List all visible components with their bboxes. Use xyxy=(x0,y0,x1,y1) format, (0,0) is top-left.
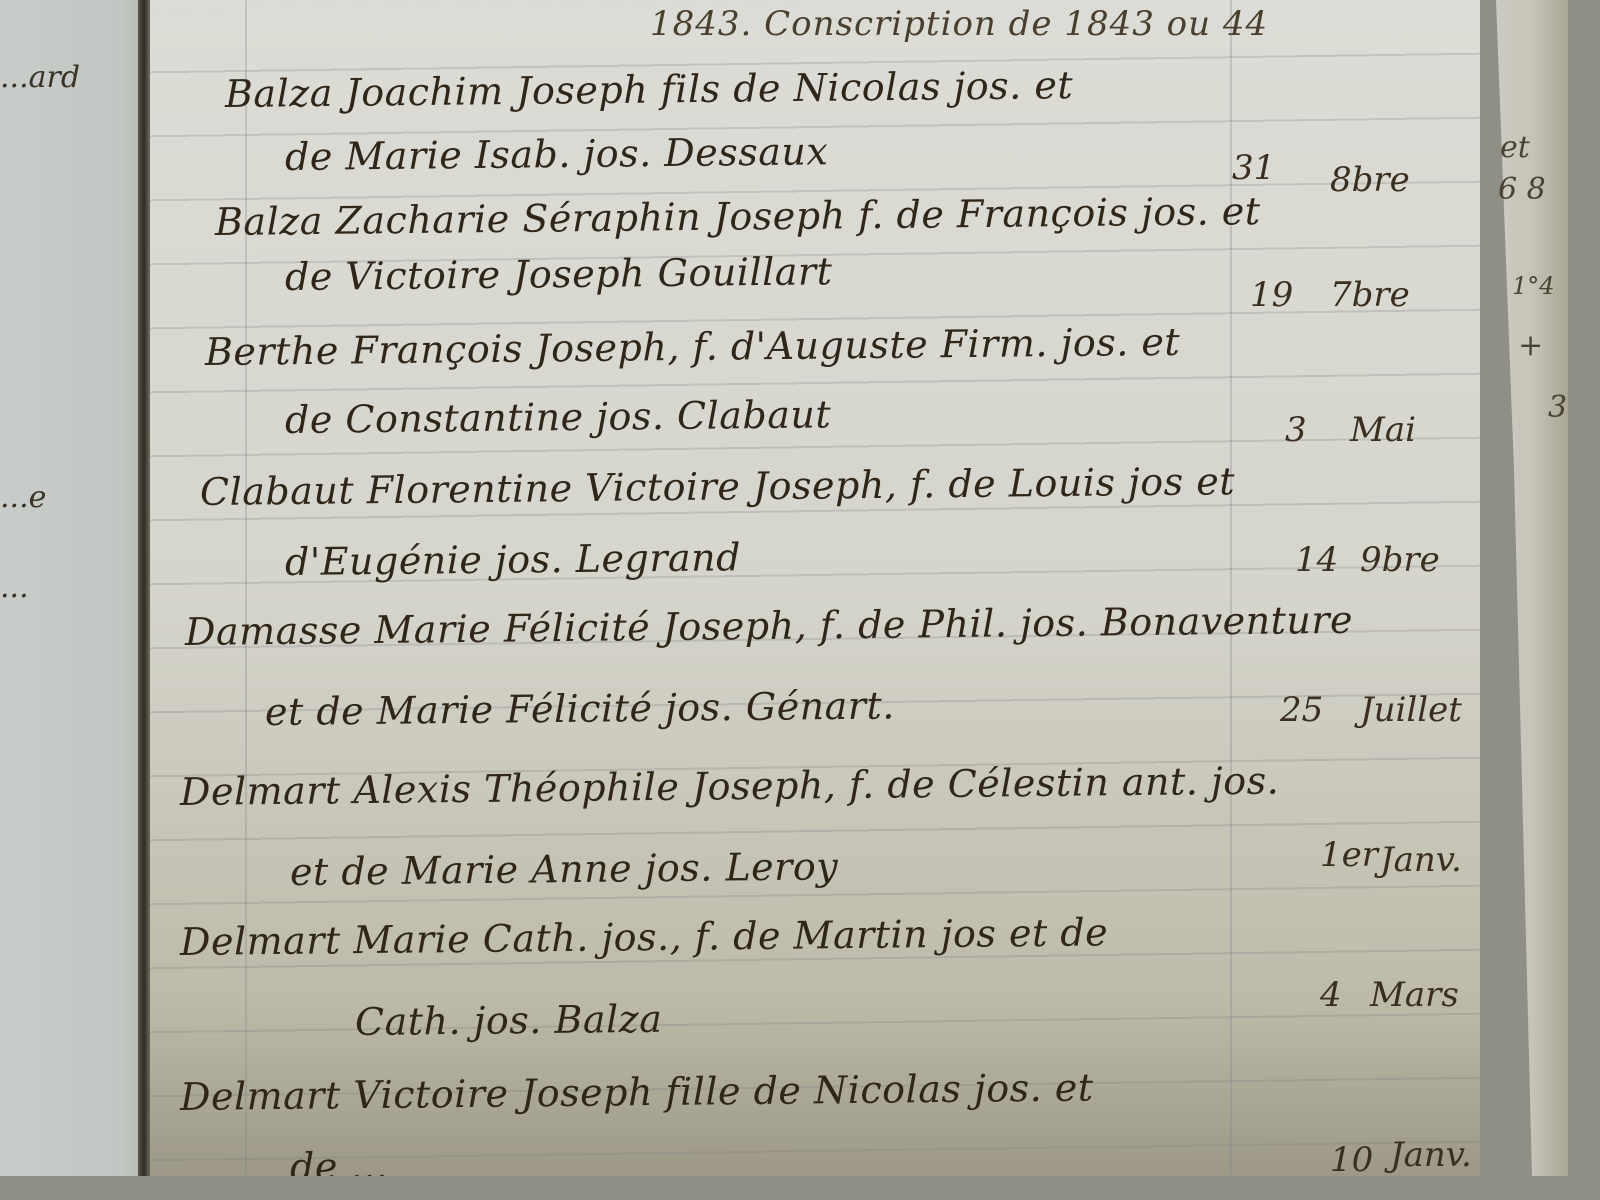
entry-date-day: 25 xyxy=(1280,690,1323,730)
margin-rule xyxy=(245,0,247,1176)
entry-date-month: Janv. xyxy=(1380,840,1462,880)
entry-line-2: et de Marie Félicité jos. Génart. xyxy=(265,683,895,734)
entry-date-month: Janv. xyxy=(1390,1135,1472,1175)
left-page: ...ard ...e ... xyxy=(0,0,150,1176)
entry-date-day: 3 xyxy=(1285,410,1307,450)
right-page-fragment: 6 8 xyxy=(1498,172,1546,207)
entry-date-day: 19 xyxy=(1250,275,1293,315)
entry-line-2: d'Eugénie jos. Legrand xyxy=(285,535,741,584)
left-page-fragment: ...e xyxy=(0,480,46,515)
entry-line-2: de Constantine jos. Clabaut xyxy=(285,392,832,442)
entry-date-day: 1er xyxy=(1320,835,1378,875)
entry-line-2: de Marie Isab. jos. Dessaux xyxy=(285,129,829,179)
entry-date-day: 31 xyxy=(1232,148,1275,188)
right-page-fragment: et xyxy=(1500,130,1530,165)
entry-line-2: de ... xyxy=(290,1144,389,1176)
right-page-fragment: 3 xyxy=(1548,390,1567,425)
right-page-fragment: + xyxy=(1518,328,1543,363)
entry-date-day: 10 xyxy=(1330,1140,1373,1176)
left-page-fragment: ... xyxy=(0,570,29,605)
entry-date-day: 14 xyxy=(1295,540,1338,580)
left-page-fragment: ...ard xyxy=(0,60,80,95)
entry-date-month: 8bre xyxy=(1330,160,1410,200)
entry-line-2: Cath. jos. Balza xyxy=(355,997,663,1044)
entry-date-month: 7bre xyxy=(1330,275,1410,315)
entry-date-month: Juillet xyxy=(1360,690,1462,730)
entry-date-day: 4 xyxy=(1320,975,1342,1015)
right-page-fragment: 1°4 xyxy=(1512,272,1555,300)
page-header: 1843. Conscription de 1843 ou 44 xyxy=(650,4,1268,44)
book-spine xyxy=(138,0,150,1176)
entry-date-month: Mai xyxy=(1350,410,1416,450)
entry-line-2: et de Marie Anne jos. Leroy xyxy=(290,844,839,894)
entry-line-2: de Victoire Joseph Gouillart xyxy=(285,249,833,299)
entry-date-month: Mars xyxy=(1370,975,1459,1015)
entry-date-month: 9bre xyxy=(1360,540,1440,580)
entry-line-1: Balza Joachim Joseph fils de Nicolas jos… xyxy=(225,63,1074,116)
